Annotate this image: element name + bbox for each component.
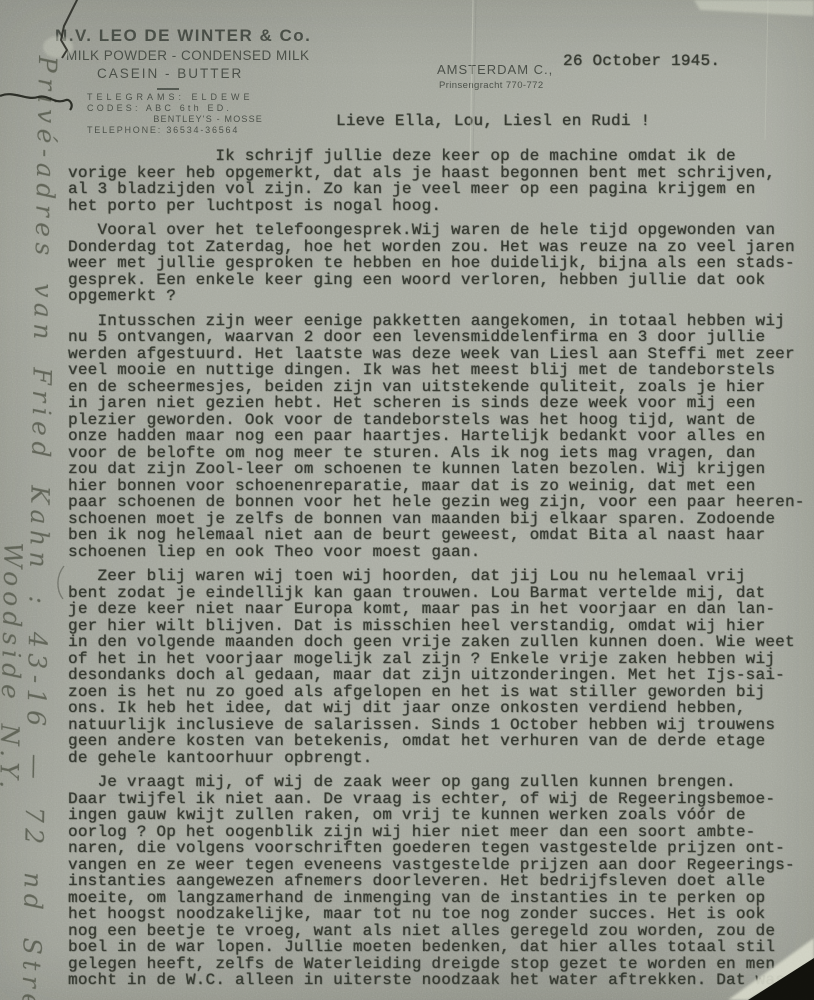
handwritten-margin-note: Privé-adres van Fried Kahn : 43-16 — 72 … xyxy=(0,55,60,996)
top-right-fold xyxy=(694,0,814,16)
letterhead-telephone-line: TELEPHONE: 36534-36564 xyxy=(87,126,263,136)
letter-body: Ik schrijf jullie deze keer op de machin… xyxy=(68,148,814,997)
letterhead-codes-line-2: BENTLEY'S - MOSSE xyxy=(87,115,263,125)
salutation: Lieve Ella, Lou, Liesl en Rudi ! xyxy=(336,112,650,130)
margin-pen-arc xyxy=(58,566,64,599)
vertical-crease-2 xyxy=(765,0,768,140)
margin-note-line-1: Privé-adres van Fried Kahn : 43-16 — 72 … xyxy=(18,56,60,996)
letterhead-company: N.V. LEO DE WINTER & Co. xyxy=(55,26,311,46)
letterhead-products-line-1: MILK POWDER - CONDENSED MILK xyxy=(66,48,310,63)
crease-ink-squiggle xyxy=(0,94,72,110)
body-paragraph-2: Vooral over het telefoongesprek.Wij ware… xyxy=(68,222,814,305)
body-paragraph-5: Je vraagt mij, of wij de zaak weer op ga… xyxy=(68,774,814,989)
letterhead-telegrams-line: TELEGRAMS: ELDEWE xyxy=(87,93,263,103)
letterhead-contact-block: TELEGRAMS: ELDEWE CODES: ABC 6th ED. BEN… xyxy=(87,93,263,137)
letterhead-products-line-2: CASEIN - BUTTER xyxy=(97,66,243,81)
letterhead-divider-rule xyxy=(157,88,179,90)
body-paragraph-1: Ik schrijf jullie deze keer op de machin… xyxy=(68,148,814,214)
dateline-date: 26 October 1945. xyxy=(563,52,720,70)
letterhead-codes-line: CODES: ABC 6th ED. xyxy=(87,104,263,114)
dateline-street: Prinsengracht 770-772 xyxy=(439,80,544,91)
body-paragraph-3: Intusschen zijn weer eenige pakketten aa… xyxy=(68,313,814,561)
letter-page: N.V. LEO DE WINTER & Co. MILK POWDER - C… xyxy=(0,0,814,1000)
margin-note-line-2: Woodside N.Y. xyxy=(0,542,26,995)
body-paragraph-4: Zeer blij waren wij toen wij hoorden, da… xyxy=(68,568,814,766)
dateline-city: AMSTERDAM C., xyxy=(437,62,553,77)
